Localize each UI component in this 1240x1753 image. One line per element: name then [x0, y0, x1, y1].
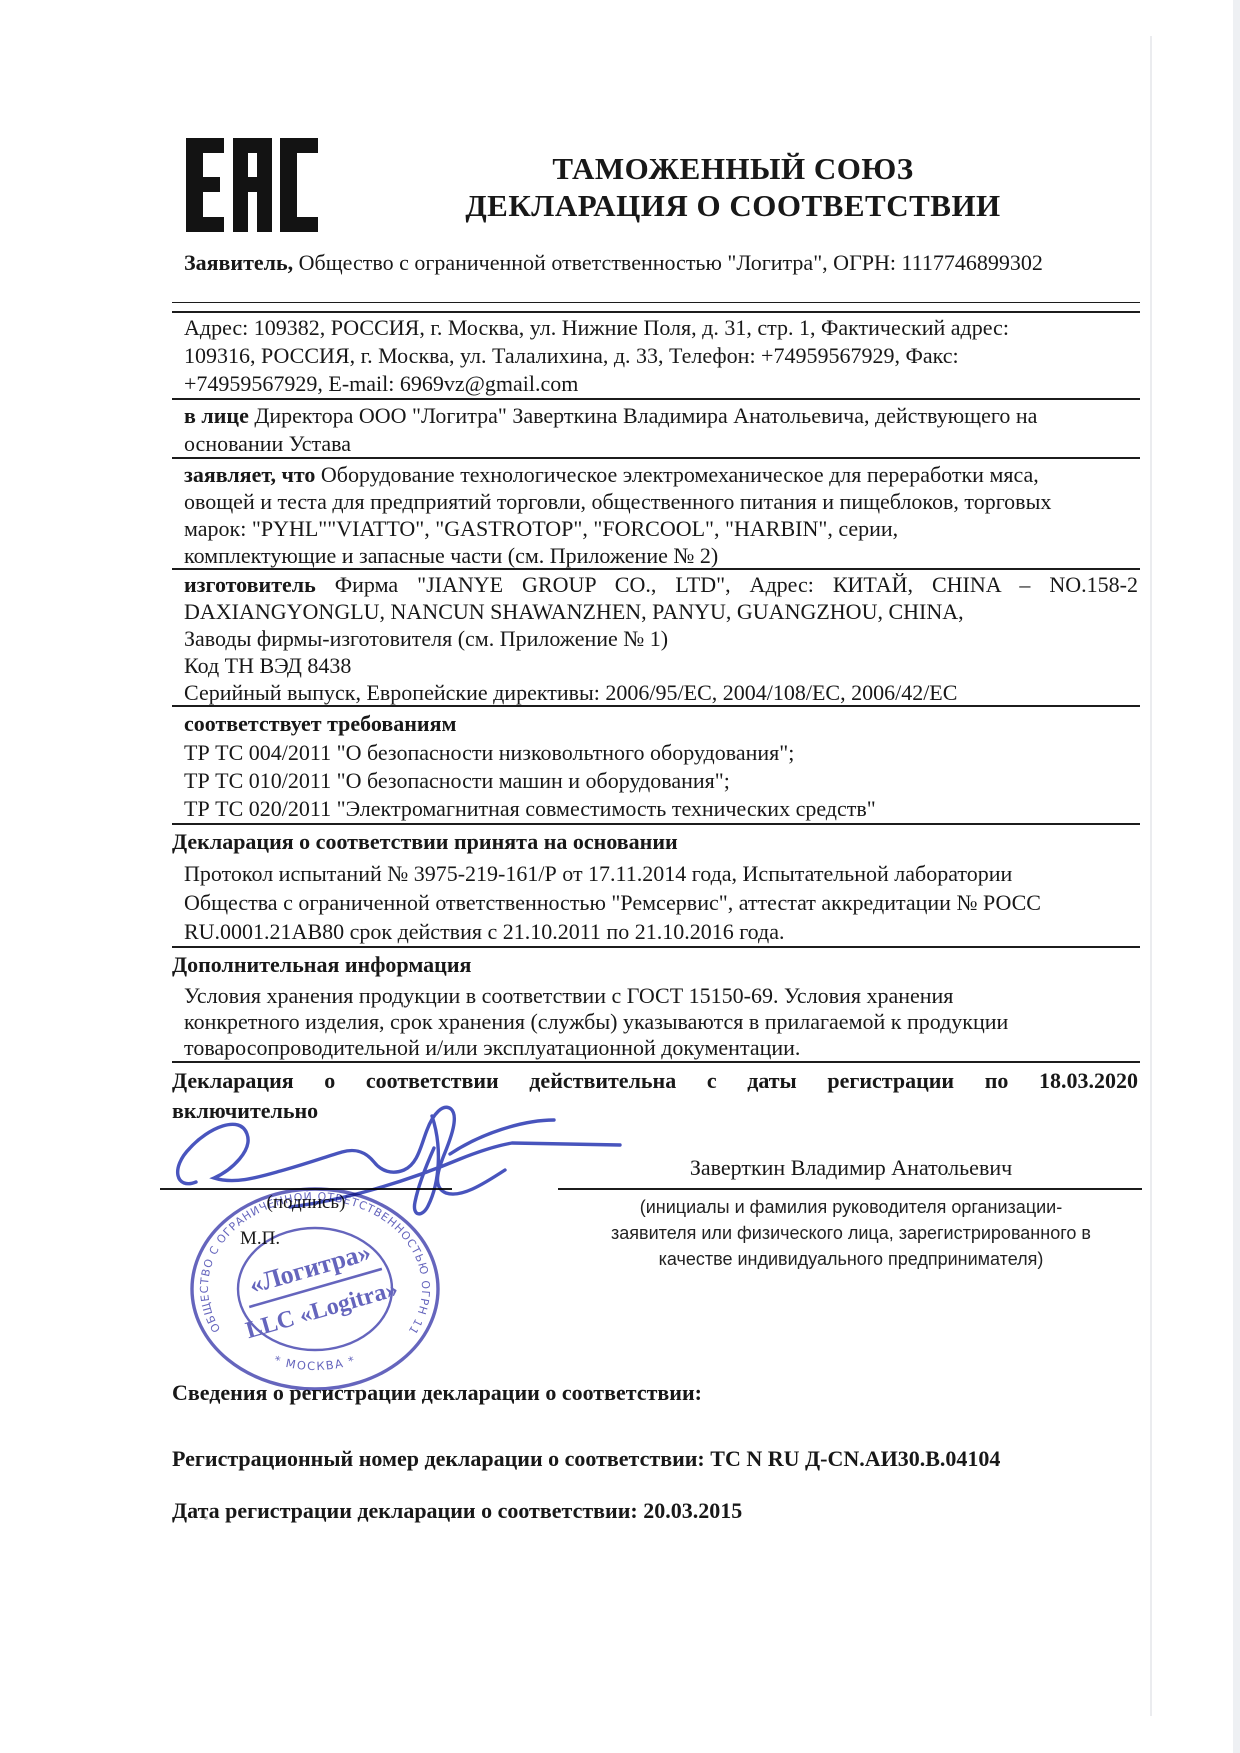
manufacturer-line-3: Заводы фирмы-изготовителя (см. Приложени… [184, 625, 1138, 652]
divider [172, 568, 1140, 570]
basis-line-1: Протокол испытаний № 3975-219-161/Р от 1… [184, 859, 1138, 888]
registration-number-value: ТС N RU Д-CN.АИ30.В.04104 [710, 1446, 1000, 1471]
registration-date-row: Дата регистрации декларации о соответств… [172, 1496, 1138, 1525]
declares-line-3: марок: "PYHL""VIATTO", "GASTROTOP", "FOR… [184, 515, 1138, 542]
divider [172, 946, 1140, 948]
name-caption-line-2: заявителя или физического лица, зарегист… [560, 1220, 1142, 1246]
name-caption-line-3: качестве индивидуального предпринимателя… [560, 1246, 1142, 1272]
registration-number-label: Регистрационный номер декларации о соотв… [172, 1446, 705, 1471]
additional-line-2: конкретного изделия, срок хранения (служ… [184, 1009, 1138, 1035]
requirements-list: ТР ТС 004/2011 "О безопасности низковоль… [184, 739, 1138, 823]
applicant-text: Общество с ограниченной ответственностью… [299, 250, 1043, 275]
declaration-document: ТАМОЖЕННЫЙ СОЮЗ ДЕКЛАРАЦИЯ О СООТВЕТСТВИ… [0, 0, 1240, 1753]
address-line-1: Адрес: 109382, РОССИЯ, г. Москва, ул. Ни… [184, 314, 1138, 342]
representative-block: в лице Директора ООО "Логитра" Заверткин… [184, 402, 1138, 458]
additional-line-3: товаросопроводительной и/или эксплуатаци… [184, 1035, 1138, 1061]
divider [172, 311, 1140, 313]
divider [172, 823, 1140, 825]
scan-artifact-line [1150, 36, 1152, 1716]
registration-date-label: Дата регистрации декларации о соответств… [172, 1498, 638, 1523]
basis-line-2: Общества с ограниченной ответственностью… [184, 888, 1138, 917]
divider [172, 705, 1140, 707]
applicant-row: Заявитель, Общество с ограниченной ответ… [184, 248, 1138, 277]
additional-line-1: Условия хранения продукции в соответстви… [184, 983, 1138, 1009]
representative-line-1: в лице Директора ООО "Логитра" Заверткин… [184, 402, 1138, 430]
svg-text:* МОСКВА *: * МОСКВА * [272, 1353, 357, 1373]
representative-line-2: основании Устава [184, 430, 1138, 458]
applicant-label: Заявитель, [184, 250, 293, 275]
registration-date-value: 20.03.2015 [643, 1498, 742, 1523]
declares-line-1: заявляет, что Оборудование технологическ… [184, 461, 1138, 488]
basis-block: Протокол испытаний № 3975-219-161/Р от 1… [184, 859, 1138, 946]
divider [172, 457, 1140, 459]
manufacturer-line-4: Код ТН ВЭД 8438 [184, 652, 1138, 679]
divider [172, 302, 1140, 303]
additional-block: Условия хранения продукции в соответстви… [184, 983, 1138, 1061]
declares-label: заявляет, что [184, 462, 315, 487]
page-edge-shading [1233, 0, 1240, 1753]
document-title: ТАМОЖЕННЫЙ СОЮЗ ДЕКЛАРАЦИЯ О СООТВЕТСТВИ… [433, 150, 1033, 224]
declares-block: заявляет, что Оборудование технологическ… [184, 461, 1138, 569]
basis-heading: Декларация о соответствии принята на осн… [172, 827, 1138, 856]
manufacturer-line-5: Серийный выпуск, Европейские директивы: … [184, 679, 1138, 706]
title-line-2: ДЕКЛАРАЦИЯ О СООТВЕТСТВИИ [433, 187, 1033, 224]
stamp-bottom-text: * МОСКВА * [272, 1353, 357, 1373]
manufacturer-label: изготовитель [184, 572, 316, 597]
divider [172, 1061, 1140, 1063]
additional-heading: Дополнительная информация [172, 950, 1138, 979]
declares-line-2: овощей и теста для предприятий торговли,… [184, 488, 1138, 515]
requirement-item-3: ТР ТС 020/2011 "Электромагнитная совмест… [184, 795, 1138, 823]
requirement-item-2: ТР ТС 010/2011 "О безопасности машин и о… [184, 767, 1138, 795]
requirement-item-1: ТР ТС 004/2011 "О безопасности низковоль… [184, 739, 1138, 767]
title-line-1: ТАМОЖЕННЫЙ СОЮЗ [433, 150, 1033, 187]
company-stamp: ОБЩЕСТВО С ОГРАНИЧЕННОЙ ОТВЕТСТВЕННОСТЬЮ… [178, 1176, 452, 1402]
registration-heading: Сведения о регистрации декларации о соот… [172, 1378, 1138, 1407]
declares-line-4: комплектующие и запасные части (см. Прил… [184, 542, 1138, 569]
manufacturer-line-2: DAXIANGYONGLU, NANCUN SHAWANZHEN, PANYU,… [184, 598, 1138, 625]
registration-number-row: Регистрационный номер декларации о соотв… [172, 1444, 1138, 1473]
manufacturer-block: изготовитель Фирма "JIANYE GROUP CO., LT… [184, 571, 1138, 706]
address-line-3: +74959567929, E-mail: 6969vz@gmail.com [184, 370, 1138, 398]
address-block: Адрес: 109382, РОССИЯ, г. Москва, ул. Ни… [184, 314, 1138, 398]
divider [172, 398, 1140, 400]
eac-logo [186, 138, 318, 232]
requirements-heading: соответствует требованиям [184, 709, 1138, 738]
basis-line-3: RU.0001.21АВ80 срок действия с 21.10.201… [184, 917, 1138, 946]
representative-label: в лице [184, 403, 249, 428]
address-line-2: 109316, РОССИЯ, г. Москва, ул. Талалихин… [184, 342, 1138, 370]
manufacturer-line-1: изготовитель Фирма "JIANYE GROUP CO., LT… [184, 571, 1138, 598]
